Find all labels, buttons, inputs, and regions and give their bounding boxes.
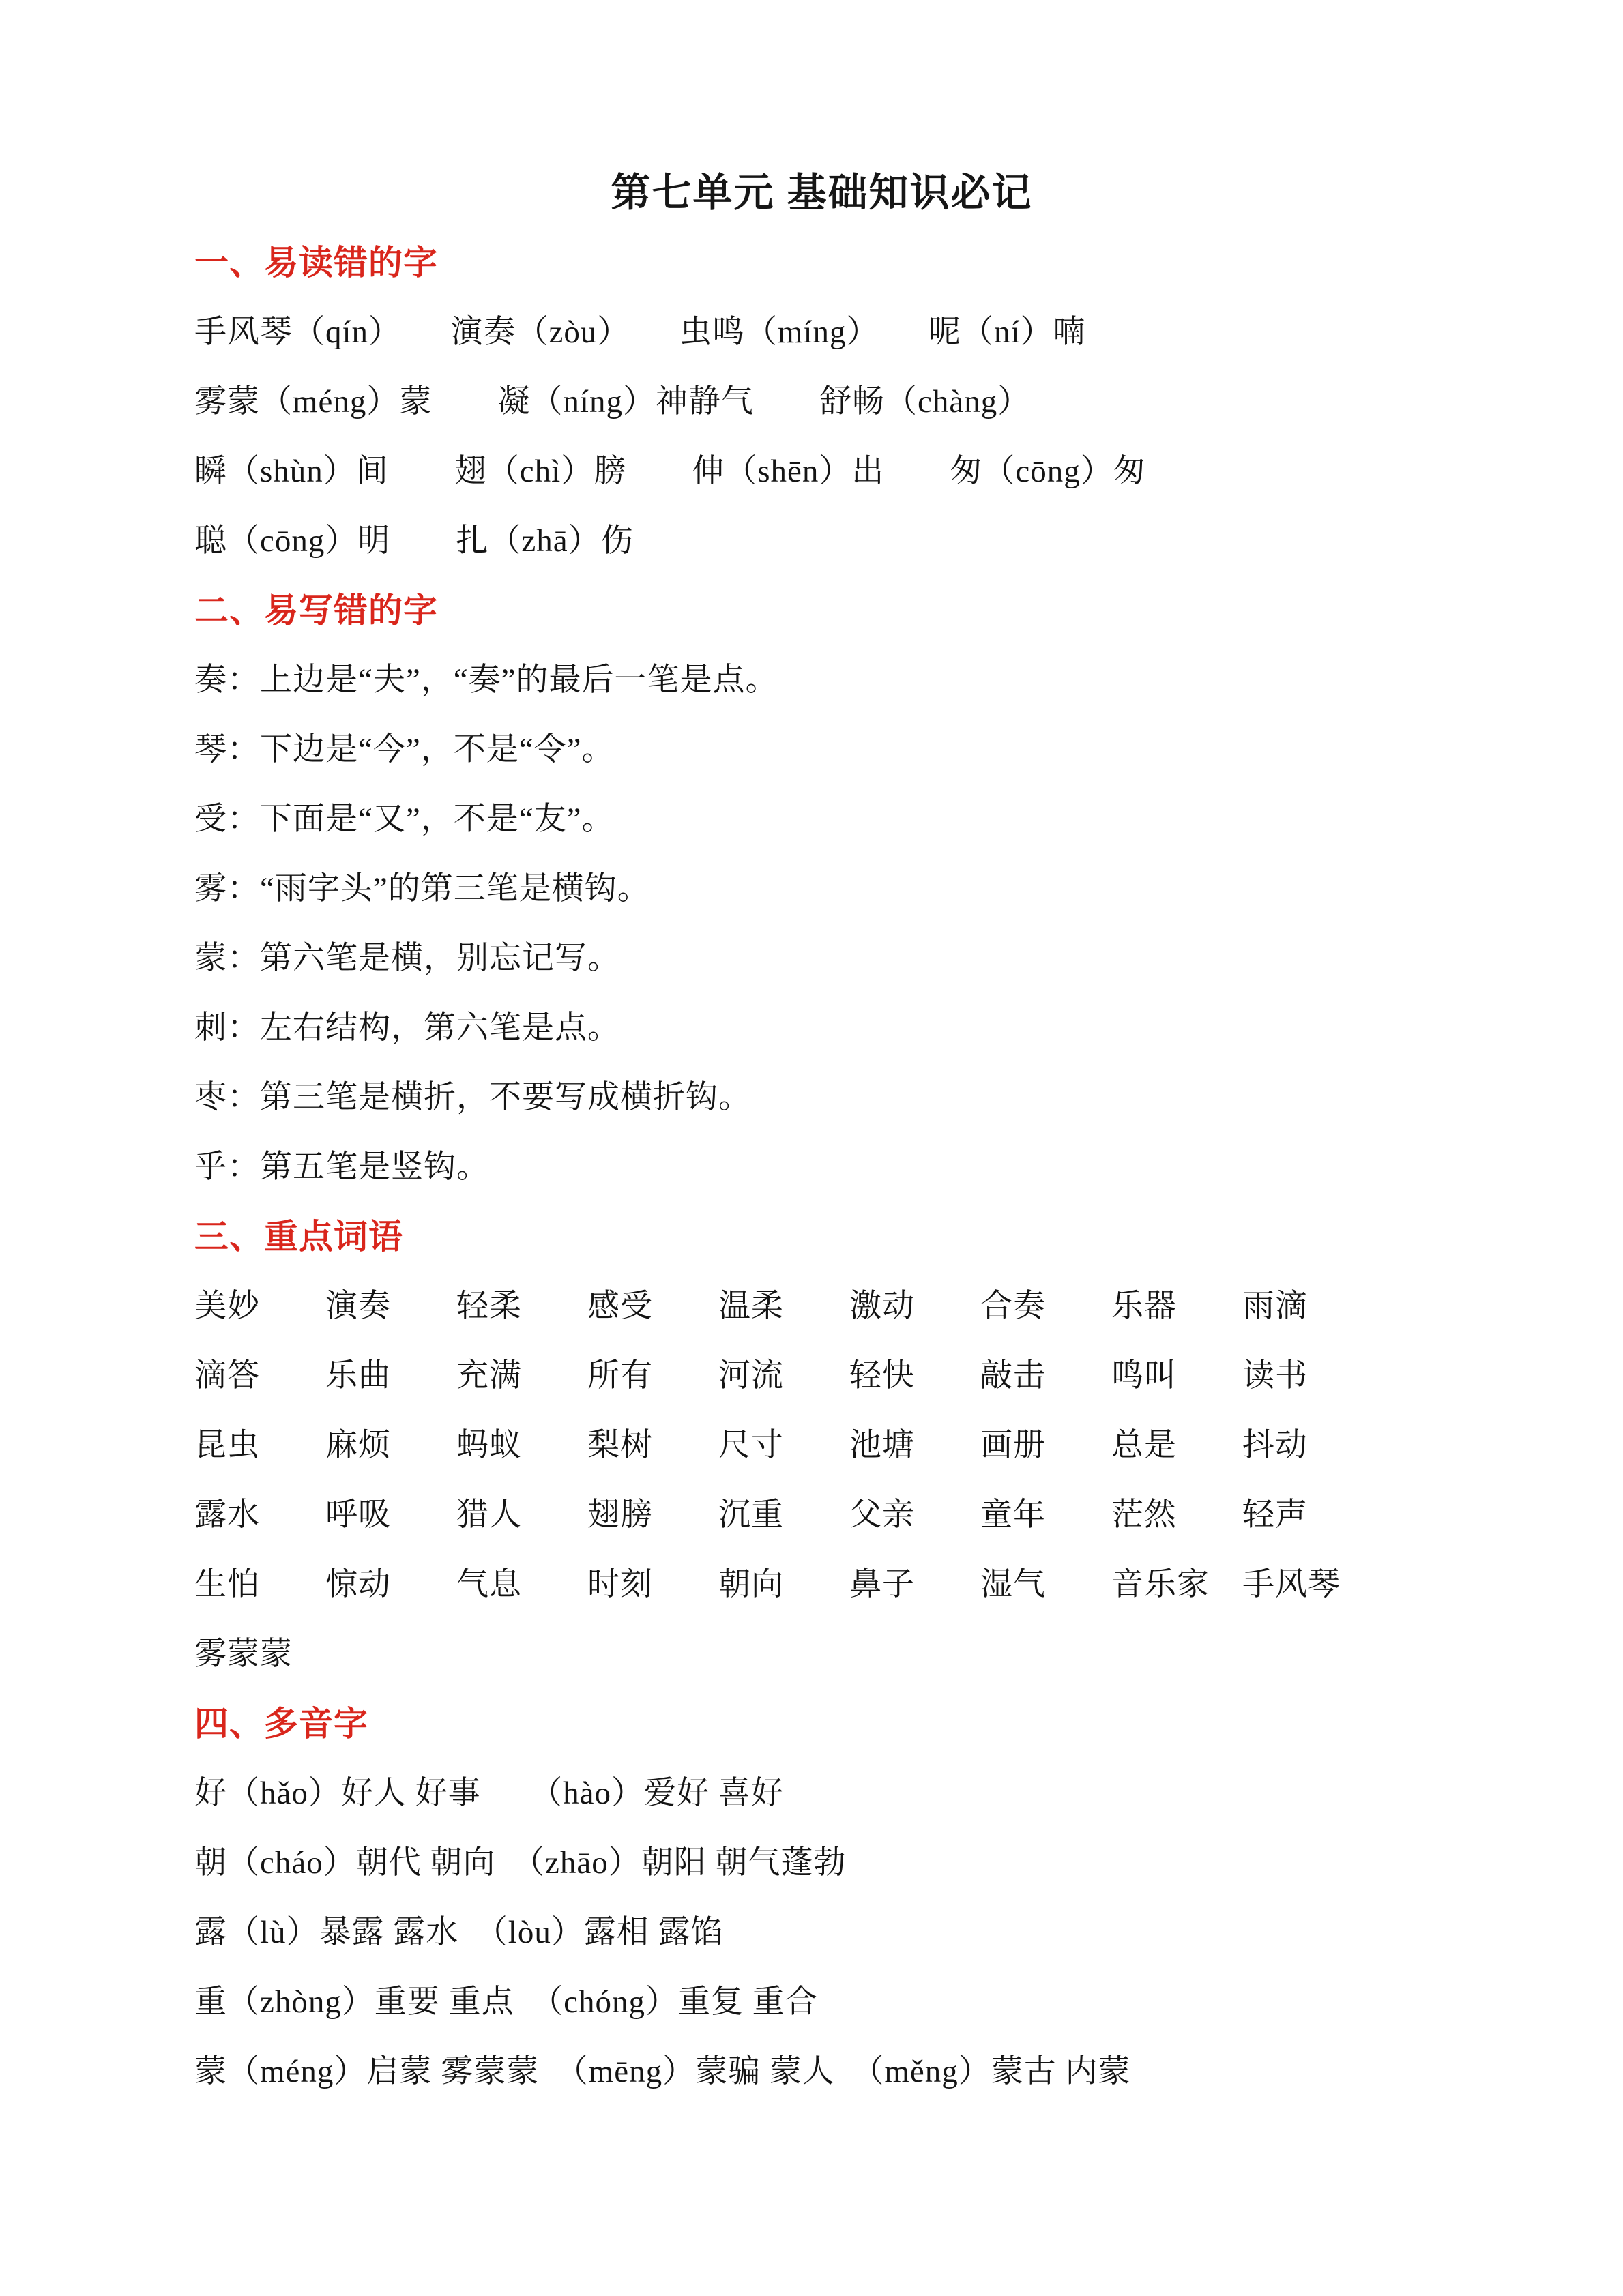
section-4-line-4: 重（zhòng）重要 重点 （chóng）重复 重合 — [194, 1967, 1449, 2037]
section-3-line-2: 滴答 乐曲 充满 所有 河流 轻快 敲击 鸣叫 读书 — [194, 1341, 1449, 1411]
section-3-line-5: 生怕 惊动 气息 时刻 朝向 鼻子 湿气 音乐家 手风琴 — [194, 1550, 1449, 1619]
page-title: 第七单元 基础知识必记 — [194, 158, 1449, 228]
section-3-line-1: 美妙 演奏 轻柔 感受 温柔 激动 合奏 乐器 雨滴 — [194, 1271, 1449, 1341]
section-2-line-5: 蒙：第六笔是横，别忘记写。 — [194, 924, 1449, 993]
document-content: 一、易读错的字手风琴（qín） 演奏（zòu） 虫鸣（míng） 呢（ní）喃雾… — [194, 228, 1449, 2106]
section-heading-2: 二、易写错的字 — [194, 576, 1449, 645]
section-2-line-4: 雾：“雨字头”的第三笔是横钩。 — [194, 854, 1449, 924]
section-4-line-1: 好（hǎo）好人 好事 （hào）爱好 喜好 — [194, 1758, 1449, 1828]
section-4-line-3: 露（lù）暴露 露水 （lòu）露相 露馅 — [194, 1898, 1449, 1967]
section-heading-1: 一、易读错的字 — [194, 228, 1449, 297]
section-1-line-1: 手风琴（qín） 演奏（zòu） 虫鸣（míng） 呢（ní）喃 — [194, 297, 1449, 367]
section-2-line-7: 枣：第三笔是横折，不要写成横折钩。 — [194, 1063, 1449, 1132]
section-heading-3: 三、重点词语 — [194, 1202, 1449, 1271]
section-2-line-3: 受：下面是“又”，不是“友”。 — [194, 784, 1449, 854]
section-1-line-2: 雾蒙（méng）蒙 凝（níng）神静气 舒畅（chàng） — [194, 367, 1449, 437]
section-1-line-4: 聪（cōng）明 扎（zhā）伤 — [194, 506, 1449, 576]
section-1-line-3: 瞬（shùn）间 翅（chì）膀 伸（shēn）出 匆（cōng）匆 — [194, 437, 1449, 506]
section-4-line-2: 朝（cháo）朝代 朝向 （zhāo）朝阳 朝气蓬勃 — [194, 1828, 1449, 1898]
section-3-line-4: 露水 呼吸 猎人 翅膀 沉重 父亲 童年 茫然 轻声 — [194, 1480, 1449, 1550]
document-page: 第七单元 基础知识必记 一、易读错的字手风琴（qín） 演奏（zòu） 虫鸣（m… — [0, 0, 1623, 2296]
section-heading-4: 四、多音字 — [194, 1689, 1449, 1758]
section-2-line-6: 刺：左右结构，第六笔是点。 — [194, 993, 1449, 1063]
section-2-line-2: 琴：下边是“今”，不是“令”。 — [194, 715, 1449, 784]
section-2-line-8: 乎：第五笔是竖钩。 — [194, 1132, 1449, 1202]
section-4-line-5: 蒙（méng）启蒙 雾蒙蒙 （mēng）蒙骗 蒙人 （měng）蒙古 内蒙 — [194, 2037, 1449, 2106]
section-3-line-6: 雾蒙蒙 — [194, 1619, 1449, 1689]
section-2-line-1: 奏：上边是“夫”，“奏”的最后一笔是点。 — [194, 645, 1449, 715]
section-3-line-3: 昆虫 麻烦 蚂蚁 梨树 尺寸 池塘 画册 总是 抖动 — [194, 1411, 1449, 1480]
